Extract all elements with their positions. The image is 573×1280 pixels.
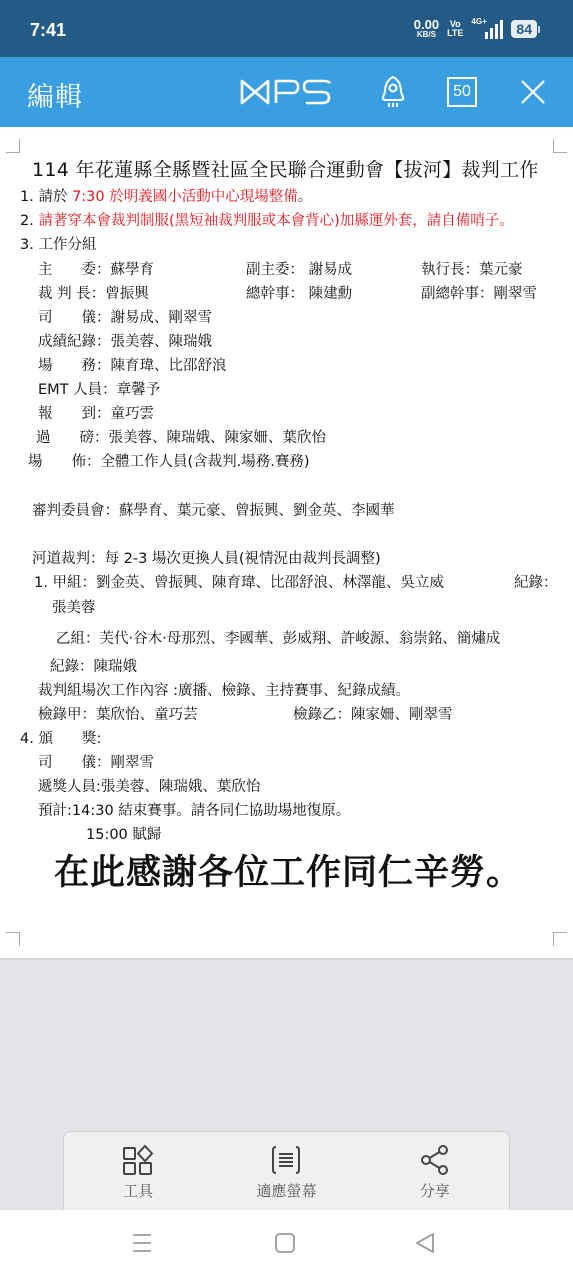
role-label: 報 到： [38,406,111,422]
role-label: 裁 判 長： [38,286,105,302]
back-icon [414,1232,436,1254]
award-presenters: 遞獎人員:張美蓉、陳瑞娥、葉欣怡 [38,775,260,796]
role-chair: 主 委：蘇學育 [38,258,154,279]
work-content: 裁判組場次工作內容 :廣播、檢錄、主持賽事、紀錄成績。 [38,679,410,700]
award-mc: 司 儀：剛翠雪 [38,751,154,772]
crop-mark-bottom-right [553,932,567,946]
role-field-affairs: 場 務：陳育瑋、比邵舒浪 [38,354,227,375]
role-label: 場 務： [38,358,111,374]
group-b-record: 紀錄：陳瑞娥 [50,655,137,676]
item-1: 1. 請於 7:30 於明義國小活動中心現場整備。 [20,185,312,206]
battery-icon: 84 [511,20,537,38]
role-label: 成績紀錄： [38,334,111,350]
document-page[interactable]: 114 年花蓮縣全縣暨社區全民聯合運動會【拔河】裁判工作 1. 請於 7:30 … [0,127,573,960]
role-value: 謝易成 [309,262,353,278]
check-a: 檢錄甲：葉欣怡、童巧芸 [38,703,198,724]
lane-referee: 河道裁判：每 2-3 場次更換人員(視情況由裁判長調整) [32,547,381,568]
role-value: 剛翠雪 [494,286,538,302]
role-vice-chair: 副主委： 謝易成 [246,258,352,279]
share-label: 分享 [420,1180,450,1201]
document-title: 114 年花蓮縣全縣暨社區全民聯合運動會【拔河】裁判工作 [32,155,539,182]
role-label: 副主委： [246,262,304,278]
item-1-highlight: 7:30 於明義國小活動中心現場整備 [72,189,298,205]
role-executive: 執行長：葉元豪 [421,258,523,279]
tools-button[interactable]: 工具 [78,1132,198,1211]
fit-screen-label: 適應螢幕 [256,1180,316,1201]
item-2-highlight: 請著穿本會裁判制服(黑短袖裁判服或本會背心)加縣運外套，請自備哨子。 [38,213,513,229]
check-b: 檢錄乙：陳家姍、剛翠雪 [293,703,453,724]
role-value: 謝易成、剛翠雪 [111,310,213,326]
network-speed: 0.00 KB/S [414,18,439,39]
role-value: 陳建勳 [309,286,353,302]
role-weigh-in: 過 磅：張美蓉、陳瑞娥、陳家姍、葉欣怡 [36,426,326,447]
crop-mark-top-right [553,139,567,153]
role-value: 章馨予 [117,382,161,398]
share-icon [419,1144,451,1176]
role-value: 全體工作人員(含裁判.場務.賽務) [101,454,310,470]
role-label: 執行長： [421,262,479,278]
system-nav-bar [0,1210,573,1280]
role-value: 張美蓉、陳瑞娥、陳家姍、葉欣怡 [109,430,327,446]
role-value: 陳育瑋、比邵舒浪 [111,358,227,374]
item-2-prefix: 2. [20,213,38,229]
role-mc: 司 儀：謝易成、剛翠雪 [38,306,212,327]
role-label: 總幹事： [246,286,304,302]
wps-logo [240,77,332,111]
role-label: 副總幹事： [421,286,494,302]
role-emt: EMT 人員：章馨予 [38,378,160,399]
fit-screen-icon [270,1144,302,1176]
thanks-message: 在此感謝各位工作同仁辛勞。 [54,845,522,895]
edit-button[interactable]: 編輯 [27,75,83,114]
network-type: 4G+ [471,17,486,26]
home-button[interactable] [274,1232,296,1258]
role-label: 司 儀： [38,310,111,326]
group-a: 1. 甲組：劉金英、曾振興、陳育瑋、比邵舒浪、林澤龍、吳立威 [34,571,444,592]
fit-screen-button[interactable]: 適應螢幕 [226,1132,346,1211]
page-count-icon[interactable]: 50 [447,77,477,107]
role-value: 童巧雲 [111,406,155,422]
role-secretary-general: 總幹事： 陳建勳 [246,282,352,303]
role-check-in: 報 到：童巧雲 [38,402,154,423]
volte-icon: Vo LTE [447,20,463,38]
volte-bottom: LTE [447,29,463,38]
signal-icon: 4G+ [471,19,503,39]
status-bar: 7:41 0.00 KB/S Vo LTE 4G+ 84 [0,0,573,57]
item-2: 2. 請著穿本會裁判制服(黑短袖裁判服或本會背心)加縣運外套，請自備哨子。 [20,209,514,230]
role-label: 主 委： [38,262,111,278]
schedule: 預計:14:30 結束賽事。請各同仁協助場地復原。 [38,799,350,820]
role-score-record: 成績紀錄：張美蓉、陳瑞娥 [38,330,212,351]
group-a-record-label: 紀錄： [514,571,558,592]
share-button[interactable]: 分享 [375,1132,495,1211]
group-a-record: 張美蓉 [52,596,96,617]
role-setup: 場 佈：全體工作人員(含裁判.場務.賽務) [28,450,310,471]
item-1-prefix: 1. 請於 [20,189,72,205]
role-label: 場 佈： [28,454,101,470]
group-b: 乙組：芙代‧谷木‧母那烈、李國華、彭威翔、許峻源、翁崇銘、簡熽成 [56,627,500,648]
role-value: 曾振興 [105,286,149,302]
jury-committee: 審判委員會：蘇學育、葉元豪、曾振興、劉金英、李國華 [32,499,395,520]
item-1-suffix: 。 [298,189,313,205]
tools-label: 工具 [123,1180,153,1201]
role-label: EMT 人員： [38,382,117,398]
network-speed-unit: KB/S [417,31,436,39]
crop-mark-bottom-left [6,932,20,946]
role-label: 過 磅： [36,430,109,446]
status-time: 7:41 [30,20,66,41]
return-time: 15:00 賦歸 [86,823,161,844]
app-bar: 編輯 50 [0,57,573,127]
item-3: 3. 工作分組 [20,233,96,254]
home-icon [274,1232,296,1254]
back-button[interactable] [414,1232,436,1258]
role-value: 蘇學育 [111,262,155,278]
role-value: 張美蓉、陳瑞娥 [111,334,213,350]
tools-icon [122,1144,154,1176]
recent-apps-button[interactable] [131,1232,153,1258]
role-value: 葉元豪 [479,262,523,278]
close-icon[interactable] [519,78,547,110]
role-chief-referee: 裁 判 長：曾振興 [38,282,149,303]
item-4: 4. 頒 獎: [20,727,101,748]
rocket-icon[interactable] [378,75,408,113]
bottom-toolbar: 工具 適應螢幕 分享 [63,1131,510,1211]
menu-icon [131,1232,153,1254]
status-icons: 0.00 KB/S Vo LTE 4G+ 84 [414,18,537,39]
crop-mark-top-left [6,139,20,153]
role-deputy-secretary: 副總幹事：剛翠雪 [421,282,537,303]
